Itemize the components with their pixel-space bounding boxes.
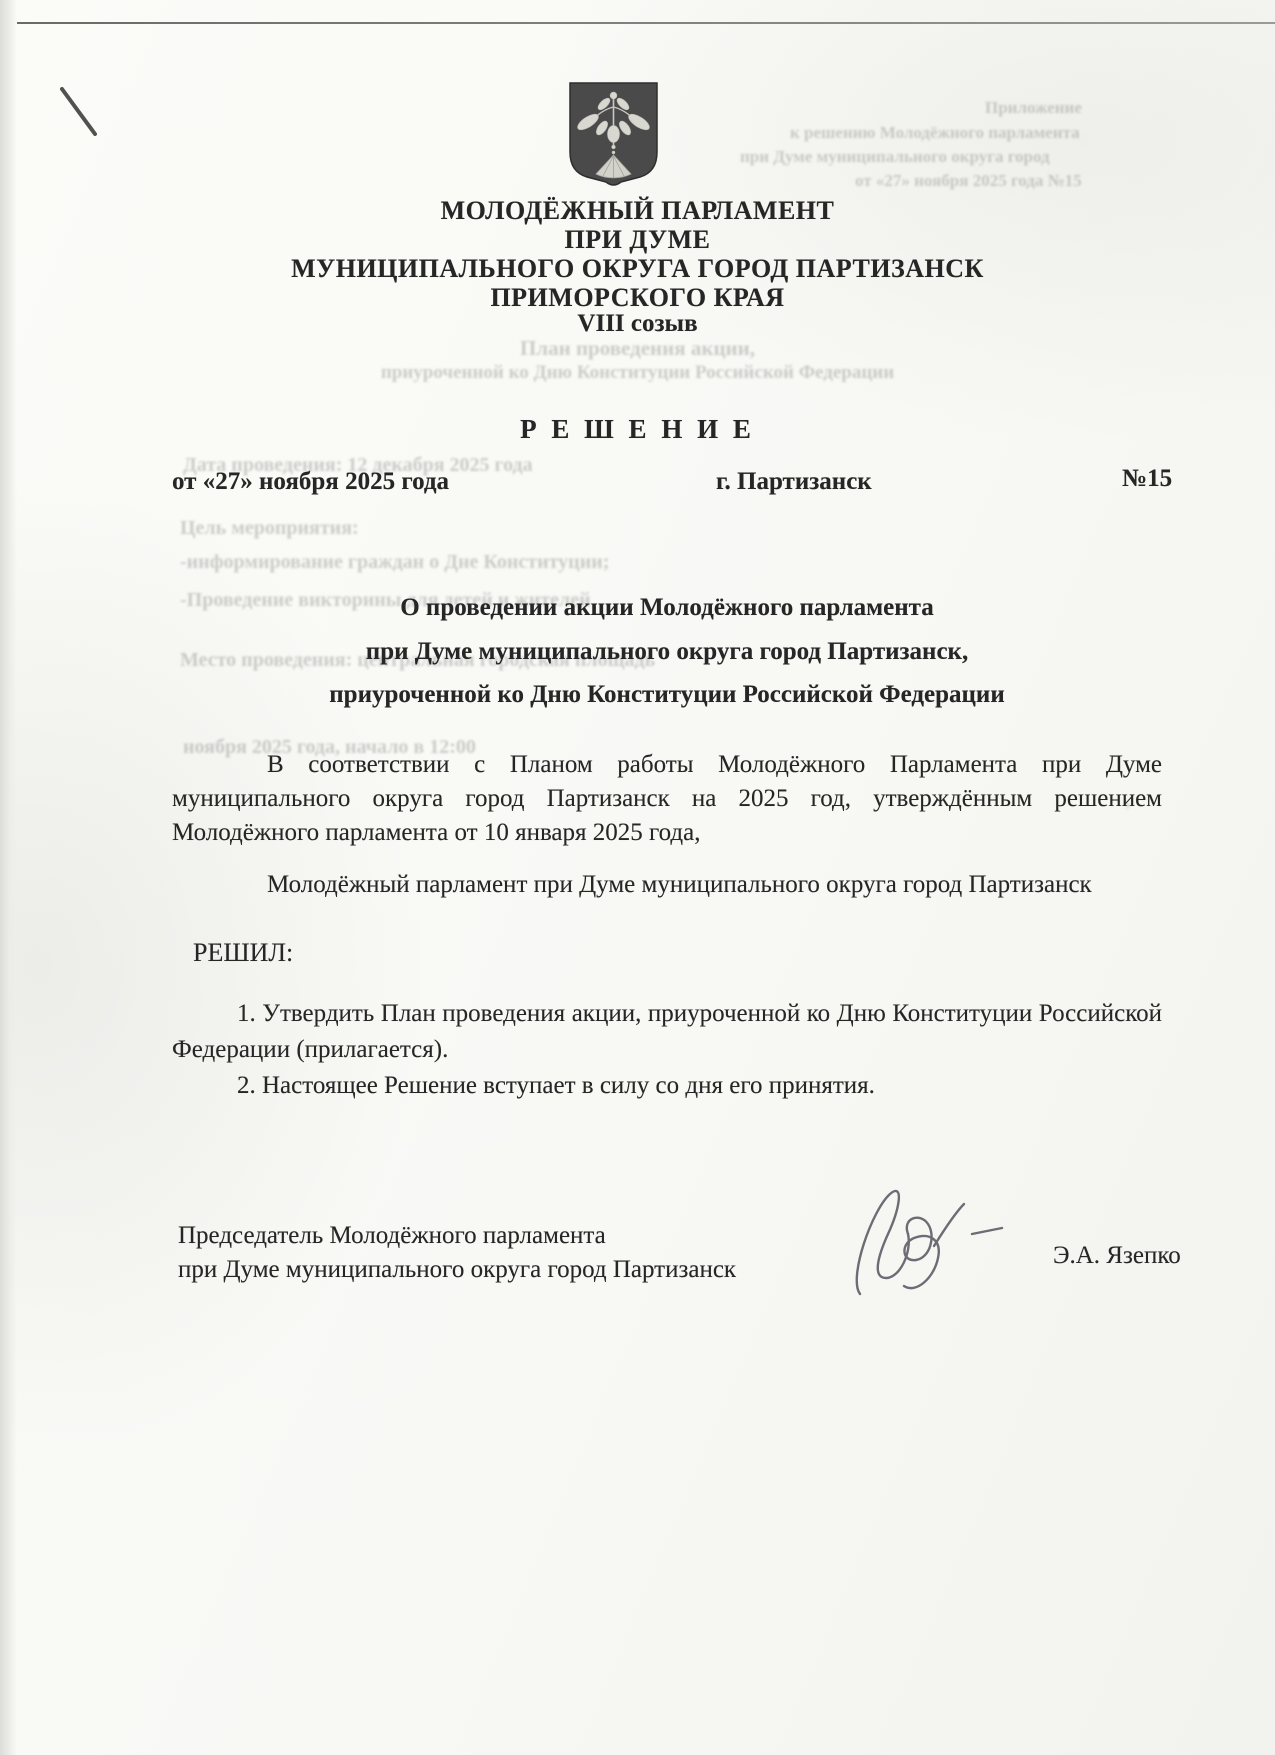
body-paragraph-1: В соответствии с Планом работы Молодёжно… <box>172 748 1162 850</box>
doc-type-heading: Р Е Ш Е Н И Е <box>0 414 1275 445</box>
doc-place: г. Партизанск <box>716 468 872 496</box>
org-name-line-2: ПРИ ДУМЕ <box>0 225 1275 255</box>
paragraph-text: В соответствии с Планом работы Молодёжно… <box>172 748 1162 850</box>
signer-position-line-2: при Думе муниципального округа город Пар… <box>178 1256 736 1284</box>
org-name-line-1: МОЛОДЁЖНЫЙ ПАРЛАМЕНТ <box>0 196 1275 226</box>
ghost-text-line: -информирование граждан о Дне Конституци… <box>180 551 609 574</box>
pen-stroke-mark <box>58 85 102 141</box>
signature-scribble <box>838 1182 1038 1307</box>
resolved-heading: РЕШИЛ: <box>193 938 293 968</box>
scan-border-line <box>17 22 1275 24</box>
doc-title-line-3: приуроченной ко Дню Конституции Российск… <box>172 681 1162 709</box>
doc-date: от «27» ноября 2025 года <box>172 468 449 496</box>
signer-position-line-1: Председатель Молодёжного парламента <box>178 1222 606 1250</box>
ghost-text-line: приуроченной ко Дню Конституции Российск… <box>0 362 1275 384</box>
scanned-document-page: Приложение к решению Молодёжного парламе… <box>0 0 1275 1755</box>
ghost-text-line: Приложение <box>985 98 1082 118</box>
org-name-line-3: МУНИЦИПАЛЬНОГО ОКРУГА ГОРОД ПАРТИЗАНСК <box>0 254 1275 284</box>
resolution-item-1: 1. Утвердить План проведения акции, приу… <box>172 996 1162 1068</box>
doc-title-line-2: при Думе муниципального округа город Пар… <box>172 638 1162 666</box>
body-paragraph-2: Молодёжный парламент при Думе муниципаль… <box>172 868 1162 902</box>
ghost-text-line: План проведения акции, <box>0 336 1275 361</box>
stray-mark: ’ <box>1124 798 1131 824</box>
resolution-item-2: 2. Настоящее Решение вступает в силу со … <box>172 1068 1162 1104</box>
doc-title-line-1: О проведении акции Молодёжного парламент… <box>172 594 1162 622</box>
partizansk-coat-of-arms <box>565 79 662 191</box>
doc-number: №15 <box>1122 465 1172 493</box>
ghost-text-line: Цель мероприятия: <box>180 517 359 540</box>
ghost-text-line: при Думе муниципального округа город <box>740 147 1050 167</box>
paragraph-text: Молодёжный парламент при Думе муниципаль… <box>172 868 1162 902</box>
ghost-text-line: к решению Молодёжного парламента <box>790 123 1080 143</box>
org-name-line-4: ПРИМОРСКОГО КРАЯ <box>0 283 1275 313</box>
org-convocation-line: VIII созыв <box>0 310 1275 338</box>
ghost-text-line: от «27» ноября 2025 года №15 <box>855 171 1082 191</box>
signer-name: Э.А. Язепко <box>1053 1242 1181 1270</box>
resolution-items: 1. Утвердить План проведения акции, приу… <box>172 996 1162 1104</box>
